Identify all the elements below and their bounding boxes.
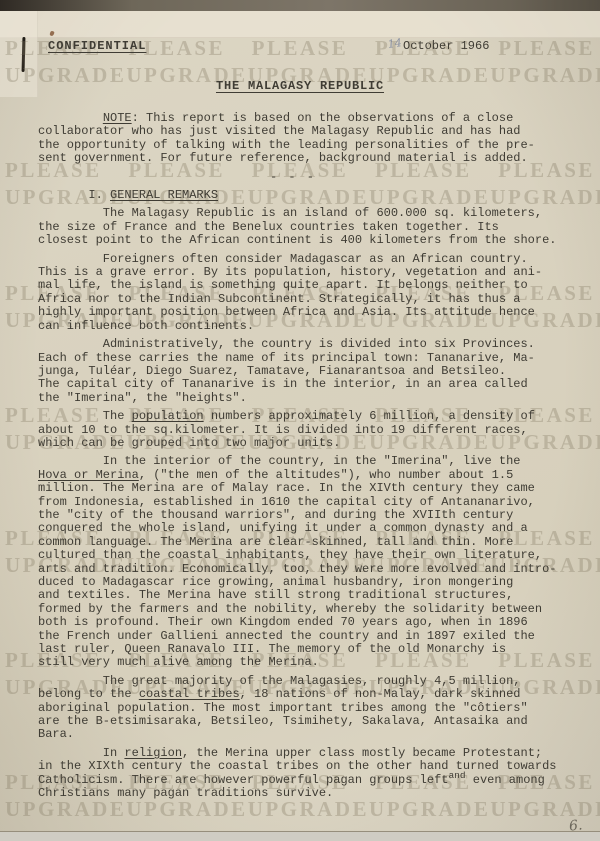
document-title: THE MALAGASY REPUBLIC [0,79,600,93]
text-line: junga, Tuléar, Diego Suarez, Tamatave, F… [38,365,590,378]
text-line: the "Imerina", the "heights". [38,392,590,405]
text-line: the size of France and the Benelux count… [38,221,590,234]
text-line: Foreigners often consider Madagascar as … [38,253,590,266]
text-line: - - - [38,171,590,184]
handwritten-page-number: 6. [568,817,583,834]
document-body: NOTE: This report is based on the observ… [38,112,590,806]
text-line: conquered the whole island, unifying it … [38,522,590,535]
text-line: Africa nor to the Indian Subcontinent. S… [38,293,590,306]
text-line: This is a grave error. By its population… [38,266,590,279]
paragraph: NOTE: This report is based on the observ… [38,112,590,166]
separator: - - - [38,171,590,184]
text-line: cultured than the coastal inhabitants, t… [38,549,590,562]
text-line: The capital city of Tananarive is in the… [38,378,590,391]
text-line: Administratively, the country is divided… [38,338,590,351]
paragraph: The Malagasy Republic is an island of 60… [38,207,590,247]
text-line: formed by the farmers and the nobility, … [38,603,590,616]
text-line: highly important position between Africa… [38,306,590,319]
text-line: mal life, the island is something quite … [38,279,590,292]
text-line: Christians many pagan traditions survive… [38,787,590,800]
text-line: from Indonesia, established in 1610 the … [38,496,590,509]
section-heading: I. GENERAL REMARKS [38,189,590,202]
text-line: NOTE: This report is based on the observ… [38,112,590,125]
paragraph: The great majority of the Malagasies, ro… [38,675,590,742]
text-line: common language. The Merina are clear-sk… [38,536,590,549]
text-line: belong to the coastal tribes, 18 nations… [38,688,590,701]
text-line: The Malagasy Republic is an island of 60… [38,207,590,220]
paragraph: In the interior of the country, in the "… [38,455,590,670]
text-line: which can be grouped into two major unit… [38,437,590,450]
text-line: aboriginal population. The most importan… [38,702,590,715]
dateline: 14October 1966 [388,39,489,53]
text-line: In religion, the Merina upper class most… [38,747,590,760]
typed-layer: CONFIDENTIAL 14October 1966 THE MALAGASY… [0,0,600,841]
text-line: The population numbers approximately 6 m… [38,410,590,423]
paragraph: Administratively, the country is divided… [38,338,590,405]
text-line: can influence both continents. [38,320,590,333]
text-line: and textiles. The Merina have still stro… [38,589,590,602]
classification-stamp: CONFIDENTIAL [48,39,146,53]
text-line: Catholicism. There are however powerful … [38,774,590,787]
text-line: arts and tradition. Economically, too, t… [38,563,590,576]
text-line: Bara. [38,728,590,741]
text-line: both is profound. Their own Kingdom ende… [38,616,590,629]
text-line: the French under Gallieni annected the c… [38,630,590,643]
handwritten-day-mark: 14 [387,36,403,51]
text-line: are the B-etsimisaraka, Betsileo, Tsimih… [38,715,590,728]
text-line: still very much alive among the Merina. [38,656,590,669]
text-line: Hova or Merina, ("the men of the altitud… [38,469,590,482]
text-line: I. GENERAL REMARKS [38,189,590,202]
text-line: In the interior of the country, in the "… [38,455,590,468]
document-page: PLEASEPLEASEPLEASEPLEASEPLEASEUPGRADEUPG… [0,0,600,841]
text-line: Each of these carries the name of its pr… [38,352,590,365]
text-line: collaborator who has just visited the Ma… [38,125,590,138]
text-line: sent government. For future reference, b… [38,152,590,165]
text-line: closest point to the African continent i… [38,234,590,247]
paragraph: Foreigners often consider Madagascar as … [38,253,590,333]
text-line: in the XIXth century the coastal tribes … [38,760,590,773]
date-text: October 1966 [403,39,489,53]
text-line: about 10 to the sq.kilometer. It is divi… [38,424,590,437]
text-line: The great majority of the Malagasies, ro… [38,675,590,688]
text-line: duced to Madagascar rice growing, animal… [38,576,590,589]
text-line: million. The Merina are of Malay race. I… [38,482,590,495]
text-line: the opportunity of talking with the lead… [38,139,590,152]
text-line: the "city of the thousand warriors", and… [38,509,590,522]
paragraph: In religion, the Merina upper class most… [38,747,590,801]
text-line: last ruler, Queen Ranavalo III. The memo… [38,643,590,656]
paragraph: The population numbers approximately 6 m… [38,410,590,450]
